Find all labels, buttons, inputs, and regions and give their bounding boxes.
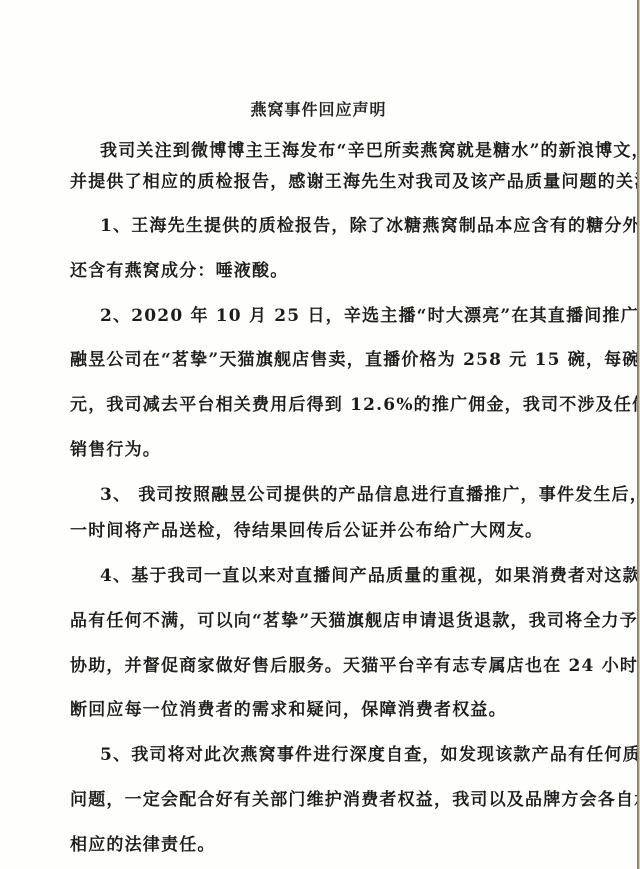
paragraph-4-line-2: 品有任何不满，可以向“茗挚”天猫旗舰店申请退货退款，我司将全力予以 — [70, 611, 640, 631]
paragraph-2-line-2: 融昱公司在“茗挚”天猫旗舰店售卖，直播价格为 258 元 15 碗，每碗 17.… — [70, 350, 640, 370]
paragraph-5-line-2: 问题，一定会配合好有关部门维护消费者权益，我司以及品牌方会各自承担 — [70, 790, 640, 810]
paragraph-2-line-4: 销售行为。 — [70, 440, 161, 460]
paragraph-2-line-1: 2、2020 年 10 月 25 日，辛选主播“时大漂亮”在其直播间推广该产品， — [100, 306, 640, 326]
paragraph-4-line-1: 4、基于我司一直以来对直播间产品质量的重视，如果消费者对这款产 — [100, 566, 640, 586]
paragraph-2-line-3: 元，我司减去平台相关费用后得到 12.6%的推广佣金，我司不涉及任何采购 — [70, 395, 640, 415]
paragraph-1-line-1: 1、王海先生提供的质检报告，除了冰糖燕窝制品本应含有的糖分外， — [100, 216, 640, 236]
paragraph-1-line-2: 还含有燕窝成分：唾液酸。 — [70, 261, 288, 281]
paragraph-3-line-2: 一时间将产品送检，待结果回传后公证并公布给广大网友。 — [70, 521, 543, 541]
document-page: 燕窝事件回应声明 我司关注到微博博主王海发布“辛巴所卖燕窝就是糖水”的新浪博文，… — [0, 0, 637, 869]
paragraph-intro-line-1: 我司关注到微博博主王海发布“辛巴所卖燕窝就是糖水”的新浪博文， — [100, 141, 640, 161]
paragraph-4-line-3: 协助，并督促商家做好售后服务。天猫平台辛有志专属店也在 24 小时不间 — [70, 656, 640, 676]
paragraph-3-line-1: 3、 我司按照融昱公司提供的产品信息进行直播推广，事件发生后，第 — [100, 485, 640, 505]
paragraph-5-line-3: 相应的法律责任。 — [70, 835, 216, 855]
paragraph-intro-line-2: 并提供了相应的质检报告，感谢王海先生对我司及该产品质量问题的关注。 — [70, 172, 640, 192]
document-title: 燕窝事件回应声明 — [0, 97, 637, 120]
paragraph-4-line-4: 断回应每一位消费者的需求和疑问，保障消费者权益。 — [70, 700, 507, 720]
paragraph-5-line-1: 5、我司将对此次燕窝事件进行深度自查，如发现该款产品有任何质量 — [100, 745, 640, 765]
